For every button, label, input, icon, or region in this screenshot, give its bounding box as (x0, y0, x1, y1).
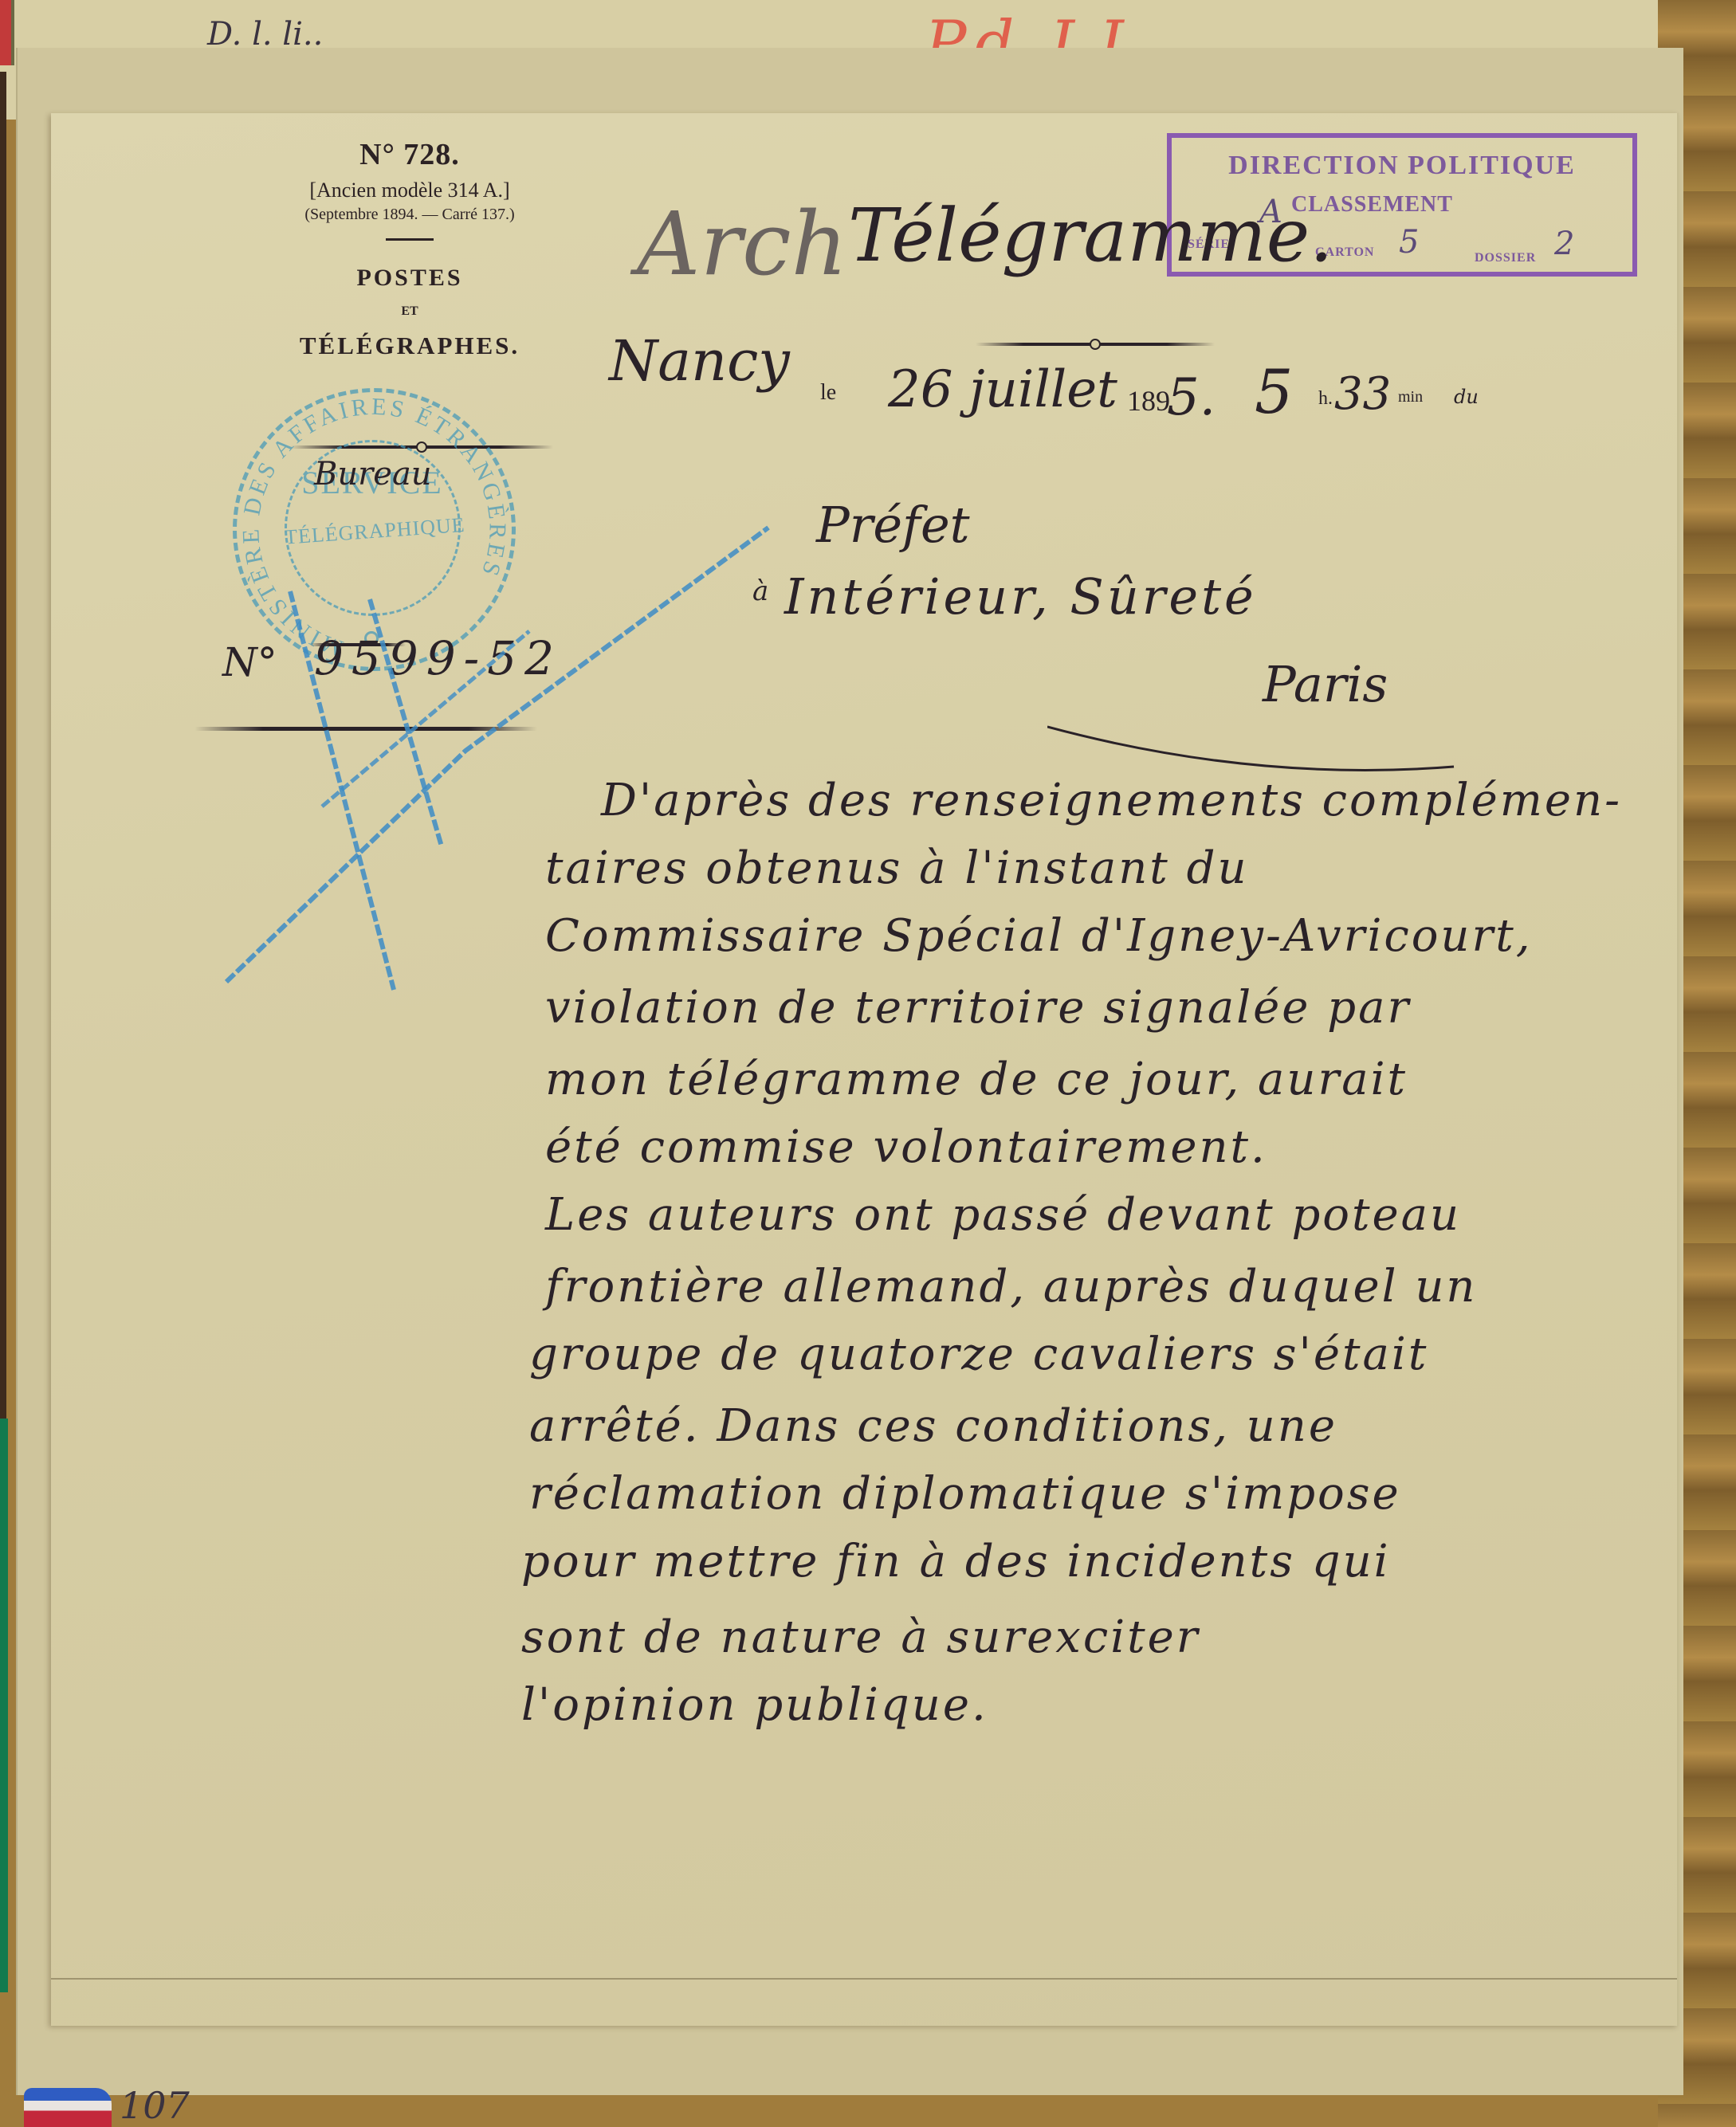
address-flourish (1047, 719, 1462, 783)
green-folder-edge (0, 1419, 8, 1992)
form-number: N° 728. (234, 137, 585, 172)
bureau-label: Bureau (314, 456, 432, 493)
form-old-model: [Ancien modèle 314 A.] (234, 179, 585, 202)
body-line: réclamation diplomatique s'impose (529, 1468, 1401, 1520)
year-prefix: 189 (1127, 384, 1170, 418)
administration-telegraphes: TÉLÉGRAPHES. (234, 332, 585, 360)
minutes-label: min (1398, 388, 1423, 406)
dossier-value: 2 (1554, 226, 1574, 262)
body-line: violation de territoire signalée par (545, 982, 1411, 1034)
divider (386, 238, 434, 241)
sender: Préfet (816, 496, 970, 554)
body-line: arrêté. Dans ces conditions, une (529, 1400, 1337, 1452)
administration-postes: POSTES (234, 265, 585, 292)
form-edition: (Septembre 1894. — Carré 137.) (234, 206, 585, 224)
ornament-dot (1090, 339, 1101, 350)
hour-value: 5 (1255, 356, 1293, 427)
bottom-left-handwriting: 107 (120, 2084, 190, 2127)
numero-value: 9599-52 (314, 631, 562, 685)
origin-place: Nancy (609, 328, 790, 394)
time-suffix: du (1454, 386, 1479, 408)
body-line: groupe de quatorze cavaliers s'était (529, 1328, 1428, 1380)
date-day-month: 26 juillet (888, 360, 1117, 419)
body-line: taires obtenus à l'instant du (545, 842, 1249, 894)
ministry-round-stamp: MINISTÈRE DES AFFAIRES ÉTRANGÈRES SERVIC… (233, 388, 516, 671)
telegram-form: N° 728. [Ancien modèle 314 A.] (Septembr… (51, 113, 1679, 2026)
body-line: Commissaire Spécial d'Igney-Avricourt, (545, 910, 1533, 962)
body-line: l'opinion publique. (521, 1679, 988, 1731)
hour-label: h. (1318, 388, 1333, 410)
recipient-prefix: à (752, 575, 768, 607)
red-folder-edge (0, 0, 14, 65)
body-line: été commise volontairement. (545, 1121, 1267, 1173)
ornamental-underline (194, 727, 537, 731)
body-line: Les auteurs ont passé devant poteau (545, 1189, 1461, 1241)
year-suffix: 5. (1167, 368, 1216, 427)
pencil-annotation: Arch (637, 193, 847, 295)
body-line: mon télégramme de ce jour, aurait (545, 1054, 1408, 1105)
numero-label: N° (222, 639, 277, 685)
administration-et: ET (234, 304, 585, 319)
recipient-city: Paris (1263, 655, 1388, 713)
tricolor-ribbon (24, 2088, 112, 2127)
form-header: N° 728. [Ancien modèle 314 A.] (Septembr… (234, 137, 585, 360)
date-prefix: le (820, 380, 836, 406)
carton-value: 5 (1399, 224, 1419, 261)
document-title: Télégramme. (848, 193, 1333, 278)
dark-folder-edge (0, 72, 6, 1419)
body-line: pour mettre fin à des incidents qui (521, 1536, 1391, 1587)
body-line: D'après des renseignements complémen- (601, 775, 1622, 826)
stamp-title: DIRECTION POLITIQUE (1172, 151, 1632, 181)
recipient: Intérieur, Sûreté (784, 567, 1257, 626)
paper-fold-line (51, 1978, 1677, 1980)
body-line: frontière allemand, auprès duquel un (545, 1261, 1477, 1313)
minutes-value: 33 (1334, 368, 1391, 420)
body-line: sont de nature à surexciter (521, 1611, 1200, 1663)
dossier-label: DOSSIER (1475, 251, 1536, 265)
